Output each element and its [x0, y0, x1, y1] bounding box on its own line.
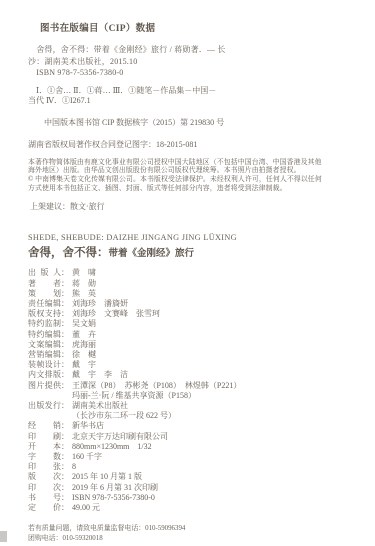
- credit-value: 徐 樾: [72, 350, 351, 360]
- credit-label: 出版人: [28, 268, 61, 278]
- book-title-main: 舍得，舍不得：: [28, 247, 109, 259]
- credit-colon: ：: [61, 452, 69, 462]
- cip-record: 舍得，舍不得：带着《金刚经》旅行 / 蒋勋著．— 长 沙：湖南美术出版社，201…: [28, 44, 351, 79]
- credit-row: 印次：2019 年 6 月第 31 次印刷: [28, 483, 351, 493]
- credit-label: 版次: [28, 472, 61, 482]
- credit-colon: ：: [61, 432, 69, 442]
- credit-row: 版权支持：刘海珍 文赛峰 张雪珂: [28, 309, 351, 319]
- credit-value: 黄 啸: [72, 268, 351, 278]
- credit-colon: ：: [61, 350, 69, 360]
- credit-value: ISBN 978-7-5356-7380-0: [72, 493, 351, 503]
- credit-colon: ：: [61, 472, 69, 482]
- credit-label: 责任编辑: [28, 299, 61, 309]
- page-edge-artifact: [0, 531, 7, 542]
- credit-colon: ：: [61, 319, 69, 329]
- credit-colon: ：: [61, 401, 69, 411]
- credit-colon: ：: [61, 503, 69, 513]
- credit-colon: ：: [61, 309, 69, 319]
- copyright-registration-number: 湖南省版权局著作权合同登记图字：18-2015-081: [28, 139, 351, 150]
- credit-colon: ：: [61, 299, 69, 309]
- credit-row: 文案编辑：虎海丽: [28, 340, 351, 350]
- credit-label: 版权支持: [28, 309, 61, 319]
- credit-row: 书号：ISBN 978-7-5356-7380-0: [28, 493, 351, 503]
- credit-colon: ：: [61, 381, 69, 391]
- credit-value: 49.00 元: [72, 503, 351, 513]
- title-block: SHEDE, SHEBUDE: DAIZHE JINGANG JING LÜXI…: [28, 233, 351, 260]
- authorization-notice: 本著作物简体版由有鹿文化事业有限公司授权中国大陆地区（不包括中国台湾、中国香港及…: [28, 159, 351, 194]
- credit-colon: ：: [61, 462, 69, 472]
- credit-value: 8: [72, 462, 351, 472]
- credit-colon: ：: [61, 421, 69, 431]
- credit-label: 特约编辑: [28, 330, 61, 340]
- credit-row: 内文排版：戴 宇 李 洁: [28, 370, 351, 380]
- credit-row: 营销编辑：徐 樾: [28, 350, 351, 360]
- credit-value: 虎海丽: [72, 340, 351, 350]
- credit-colon: ：: [61, 330, 69, 340]
- credit-colon: ：: [61, 442, 69, 452]
- credit-value: 吴文娟: [72, 319, 351, 329]
- credit-value: 董 卉: [72, 330, 351, 340]
- credit-value: 戴 宇 李 洁: [72, 370, 351, 380]
- credit-row: 图片提供：王潭深（P8） 苏彬尧（P108） 林煜韩（P221）玛丽-兰·阮 /…: [28, 381, 351, 401]
- cip-classification: Ⅰ．①舍… Ⅱ．①蒋… Ⅲ．①随笔－作品集－中国－ 当代 Ⅳ．①I267.1: [28, 86, 351, 107]
- credit-label: 定价: [28, 503, 61, 513]
- credit-colon: ：: [61, 289, 69, 299]
- credits-list: 出版人：黄 啸著者：蒋 勋策划：熊 英责任编辑：刘海珍 潘旖妍版权支持：刘海珍 …: [28, 268, 351, 513]
- credit-row: 开本：880mm×1230mm 1/32: [28, 442, 351, 452]
- credit-label: 装帧设计: [28, 360, 61, 370]
- credit-label: 开本: [28, 442, 61, 452]
- credit-value: 880mm×1230mm 1/32: [72, 442, 351, 452]
- credit-row: 著者：蒋 勋: [28, 279, 351, 289]
- quality-hotline: 若有质量问题，请致电质量监督电话：010-59096394: [28, 524, 351, 534]
- credit-row: 版次：2015 年 10 月第 1 版: [28, 472, 351, 482]
- credit-row: 责任编辑：刘海珍 潘旖妍: [28, 299, 351, 309]
- credit-label: 字数: [28, 452, 61, 462]
- credit-value: 2015 年 10 月第 1 版: [72, 472, 351, 482]
- credit-row: 印张：8: [28, 462, 351, 472]
- credit-row: 特约编辑：董 卉: [28, 330, 351, 340]
- pinyin-title: SHEDE, SHEBUDE: DAIZHE JINGANG JING LÜXI…: [28, 233, 351, 242]
- credit-row: 策划：熊 英: [28, 289, 351, 299]
- book-title: 舍得，舍不得：带着《金刚经》旅行: [28, 244, 351, 260]
- credit-label: 营销编辑: [28, 350, 61, 360]
- credit-value: 2019 年 6 月第 31 次印刷: [72, 483, 351, 493]
- credit-row: 特约监制：吴文娟: [28, 319, 351, 329]
- credit-value: 刘海珍 文赛峰 张雪珂: [72, 309, 351, 319]
- cip-data-number: 中国版本图书馆 CIP 数据核字（2015）第 219830 号: [44, 117, 351, 128]
- credit-row: 定价：49.00 元: [28, 503, 351, 513]
- credit-label: 著者: [28, 279, 61, 289]
- credit-row: 出版人：黄 啸: [28, 268, 351, 278]
- credit-label: 特约监制: [28, 319, 61, 329]
- credit-value: 160 千字: [72, 452, 351, 462]
- credit-colon: ：: [61, 360, 69, 370]
- shelf-suggestion: 上架建议：散文·旅行: [30, 201, 351, 212]
- credit-label: 印张: [28, 462, 61, 472]
- credit-colon: ：: [61, 493, 69, 503]
- credit-row: 出版发行：湖南美术出版社（长沙市东二环一段 622 号）: [28, 401, 351, 421]
- credit-label: 策划: [28, 289, 61, 299]
- credit-value: 王潭深（P8） 苏彬尧（P108） 林煜韩（P221）玛丽-兰·阮 / 维基共享…: [72, 381, 351, 401]
- credit-label: 图片提供: [28, 381, 61, 391]
- footer-notices: 若有质量问题，请致电质量监督电话：010-59096394 团购电话：010-5…: [28, 524, 351, 544]
- credit-value: 新华书店: [72, 421, 351, 431]
- group-purchase-hotline: 团购电话：010-59320018: [28, 534, 351, 544]
- credit-label: 印次: [28, 483, 61, 493]
- book-title-subtitle: 带着《金刚经》旅行: [109, 249, 195, 259]
- credit-value: 蒋 勋: [72, 279, 351, 289]
- credit-value: 北京天宇万达印刷有限公司: [72, 432, 351, 442]
- credit-row: 经销：新华书店: [28, 421, 351, 431]
- credit-label: 文案编辑: [28, 340, 61, 350]
- credit-colon: ：: [61, 483, 69, 493]
- credit-row: 印刷：北京天宇万达印刷有限公司: [28, 432, 351, 442]
- credit-colon: ：: [61, 279, 69, 289]
- credit-colon: ：: [61, 268, 69, 278]
- credit-value: 戴 宇: [72, 360, 351, 370]
- credit-label: 印刷: [28, 432, 61, 442]
- cip-header: 图书在版编目（CIP）数据: [40, 20, 351, 34]
- credit-value: 熊 英: [72, 289, 351, 299]
- credit-label: 经销: [28, 421, 61, 431]
- credit-value: 刘海珍 潘旖妍: [72, 299, 351, 309]
- credit-label: 出版发行: [28, 401, 61, 411]
- credit-row: 字数：160 千字: [28, 452, 351, 462]
- credit-value: 湖南美术出版社（长沙市东二环一段 622 号）: [72, 401, 351, 421]
- credit-label: 内文排版: [28, 370, 61, 380]
- credit-label: 书号: [28, 493, 61, 503]
- credit-colon: ：: [61, 370, 69, 380]
- credit-colon: ：: [61, 340, 69, 350]
- book-copyright-page: 图书在版编目（CIP）数据 舍得，舍不得：带着《金刚经》旅行 / 蒋勋著．— 长…: [0, 0, 375, 546]
- credit-row: 装帧设计：戴 宇: [28, 360, 351, 370]
